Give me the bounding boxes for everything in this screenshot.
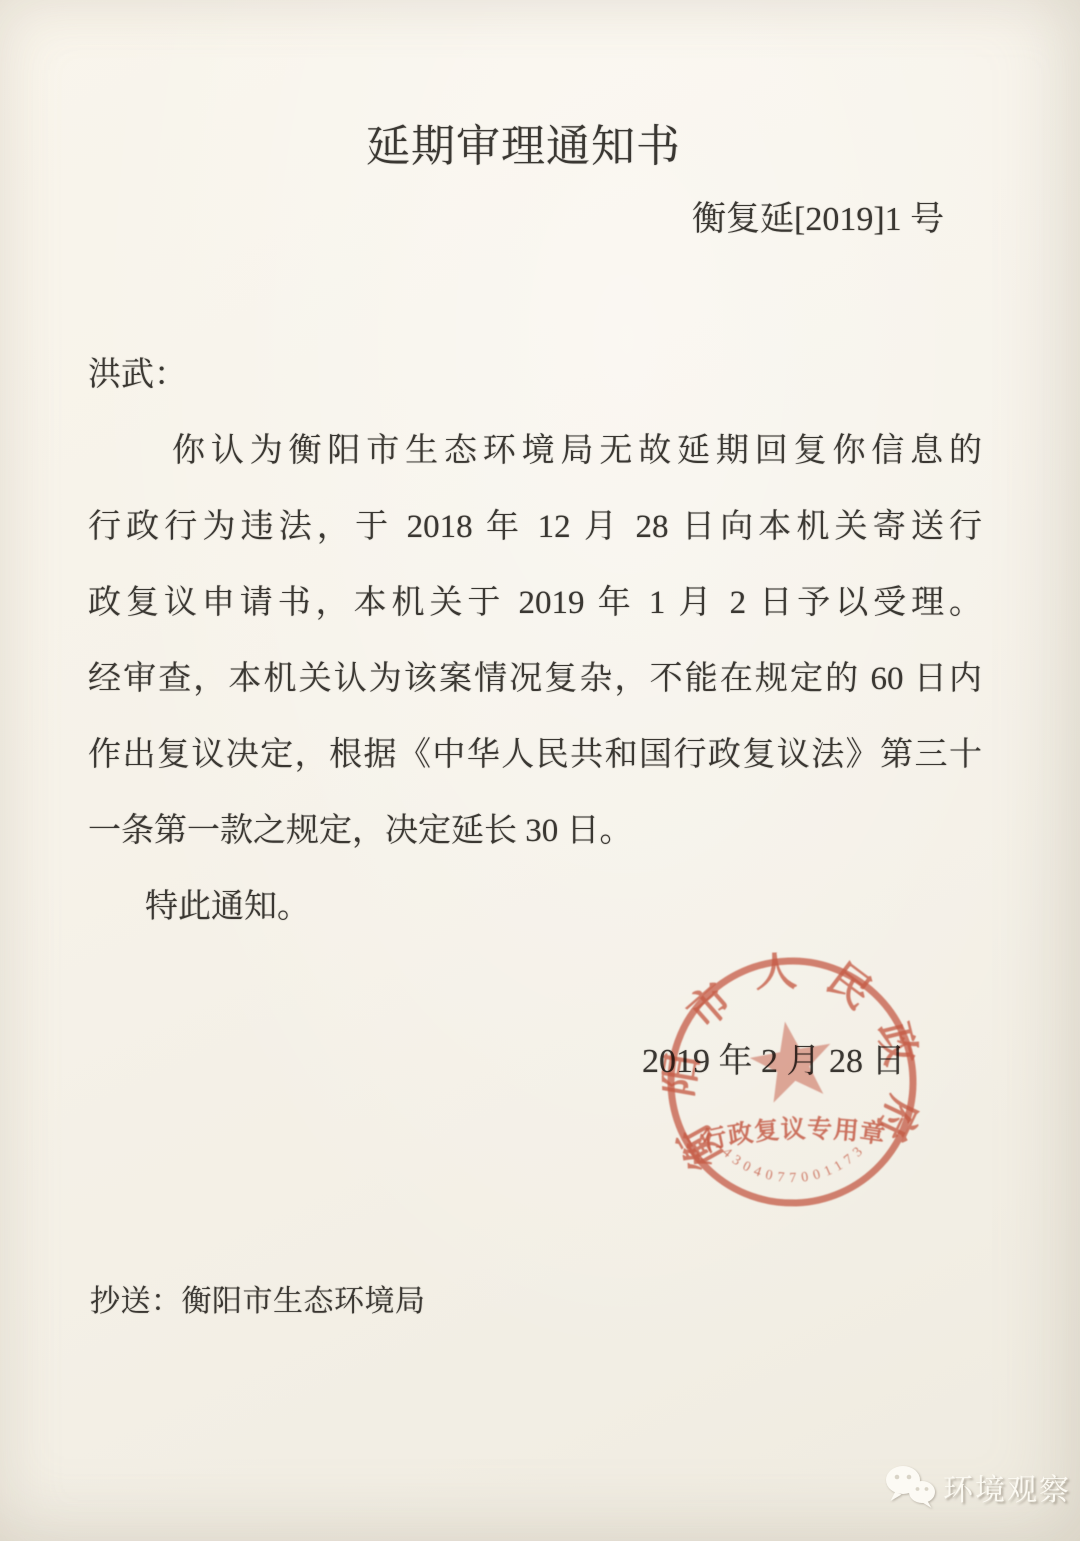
seal-star-icon	[745, 1015, 839, 1106]
body-line: 政复议申请书，本机关于 2019 年 1 月 2 日予以受理。	[88, 565, 982, 641]
cc-line: 抄送：衡阳市生态环境局	[90, 1276, 426, 1320]
doc-body: 洪武： 你认为衡阳市生态环境局无故延期回复你信息的 行政行为违法，于 2018 …	[88, 337, 982, 945]
closing-line: 特此通知。	[88, 869, 982, 945]
watermark-label: 环境观察	[943, 1465, 1071, 1509]
wechat-icon	[884, 1464, 936, 1510]
salutation-line: 洪武：	[88, 337, 982, 413]
document-page: 延期审理通知书 衡复延[2019]1 号 洪武： 你认为衡阳市生态环境局无故延期…	[0, 0, 1080, 1541]
body-line: 一条第一款之规定，决定延长 30 日。	[88, 793, 982, 869]
body-line: 行政行为违法，于 2018 年 12 月 28 日向本机关寄送行	[88, 489, 982, 565]
official-seal: 衡阳市人民政府 行政复议专用章 4304077001173	[658, 948, 927, 1217]
body-line: 作出复议决定，根据《中华人民共和国行政复议法》第三十	[88, 717, 982, 793]
body-line: 经审查，本机关认为该案情况复杂，不能在规定的 60 日内	[88, 641, 982, 717]
body-line: 你认为衡阳市生态环境局无故延期回复你信息的	[88, 413, 982, 489]
watermark: 环境观察	[884, 1464, 1071, 1510]
doc-number: 衡复延[2019]1 号	[692, 191, 944, 240]
doc-title: 延期审理通知书	[366, 110, 681, 174]
